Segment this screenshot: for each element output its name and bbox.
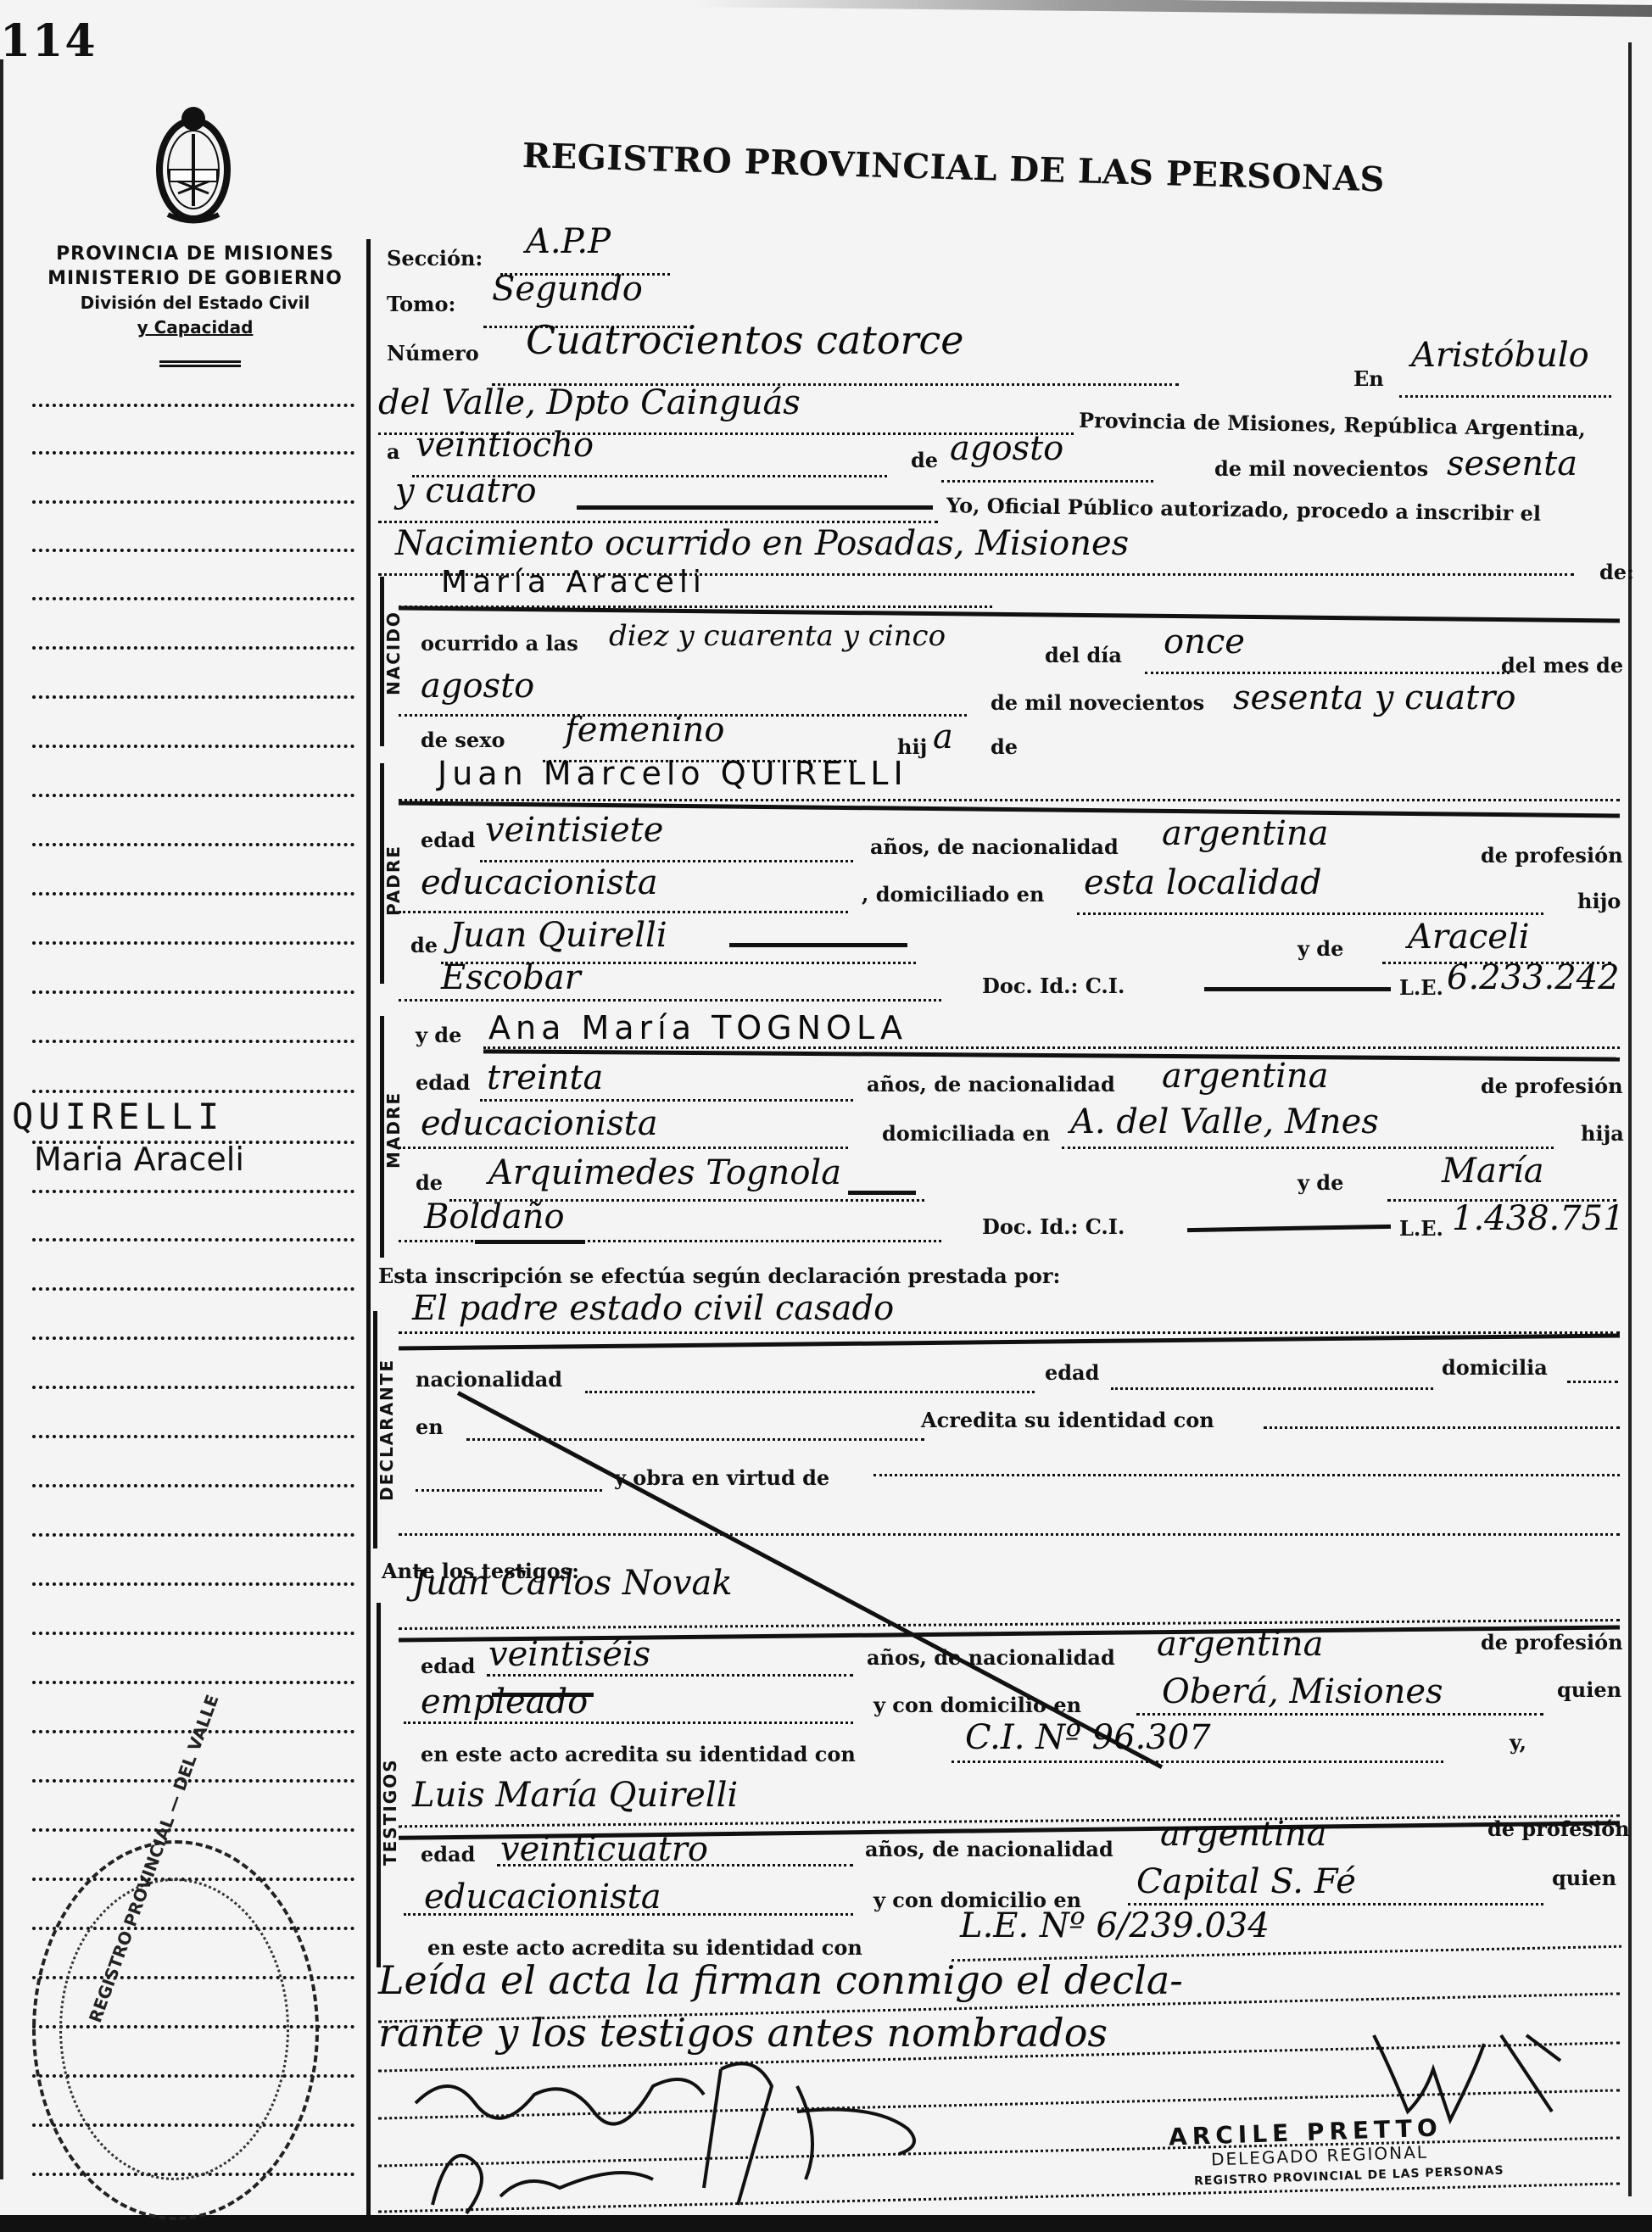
a-label: a <box>387 439 400 464</box>
margin-line <box>32 1287 354 1291</box>
numero-value: Cuatrocientos catorce <box>526 317 964 363</box>
madre-madre-value-2: Boldaño <box>424 1197 565 1236</box>
mes-nacido-value: agosto <box>421 667 534 706</box>
padre-ci-strike <box>1204 987 1391 991</box>
testigo2-nacionalidad: argentina <box>1160 1815 1326 1854</box>
testigo1-domicilio: Oberá, Misiones <box>1162 1672 1443 1711</box>
declarante-obra-label: y obra en virtud de <box>614 1465 829 1490</box>
madre-le-value: 1.438.751 <box>1452 1199 1625 1238</box>
padre-madre-value-1: Araceli <box>1408 918 1530 957</box>
testigo1-profesion-fill <box>404 1721 853 1724</box>
margin-line <box>32 1681 354 1684</box>
declarante-nacionalidad-label: nacionalidad <box>416 1367 562 1392</box>
agency-division: División del Estado Civil <box>34 291 356 315</box>
madre-profesion-fill <box>399 1147 848 1149</box>
del-dia-label: del día <box>1045 643 1122 667</box>
margin-line <box>32 404 354 407</box>
padre-nacionalidad-label: años, de nacionalidad <box>870 834 1119 859</box>
declarante-en-label: en <box>416 1415 444 1439</box>
madre-le-label: L.E. <box>1399 1216 1443 1241</box>
form-right-border <box>1628 42 1632 2196</box>
madre-doc-label: Doc. Id.: C.I. <box>982 1214 1125 1239</box>
madre-madre-strike <box>475 1240 585 1244</box>
declarante-domicilia-label: domicilia <box>1442 1355 1548 1380</box>
declarante-section-label: DECLARANTE <box>377 1359 397 1501</box>
hora-value: diez y cuarenta y cinco <box>609 619 946 653</box>
testigo2-quien-label: quien <box>1552 1866 1616 1890</box>
margin-line <box>32 990 354 994</box>
madre-profesion-label: de profesión <box>1481 1074 1623 1098</box>
madre-edad-label: edad <box>416 1070 470 1095</box>
declarante-intro: Esta inscripción se efectúa según declar… <box>378 1264 1060 1288</box>
madre-y-de-label: y de <box>416 1023 461 1047</box>
anio-fill <box>378 521 938 523</box>
margin-surname: QUIRELLI <box>12 1096 224 1137</box>
padre-le-value: 6.233.242 <box>1447 958 1620 997</box>
agency-ministry: MINISTERIO DE GOBIERNO <box>34 266 356 291</box>
madre-domicilio-fill <box>1062 1147 1554 1149</box>
padre-y-de-label: y de <box>1298 936 1343 961</box>
de-colon: de: <box>1599 560 1634 584</box>
page-left-edge <box>0 59 3 2179</box>
tomo-value: Segundo <box>492 270 643 309</box>
en-fill <box>1399 395 1611 398</box>
scan-shadow-top <box>695 0 1652 17</box>
margin-line <box>32 1190 354 1193</box>
margin-divider <box>366 239 371 2215</box>
testigo2-edad-label: edad <box>421 1842 475 1867</box>
madre-ci-strike <box>1187 1225 1391 1232</box>
padre-profesion-label: de profesión <box>1481 843 1623 868</box>
padre-de-label: de <box>410 933 438 957</box>
padre-domicilio-label: , domiciliado en <box>862 882 1044 907</box>
seccion-value: A.P.P <box>526 222 611 261</box>
testigo1-nombre: Juan Carlos Novak <box>412 1564 733 1603</box>
madre-nacionalidad-value: argentina <box>1162 1057 1328 1096</box>
declarante-acredita-label: Acredita su identidad con <box>921 1408 1214 1432</box>
dia-nacido-value: once <box>1164 622 1245 661</box>
testigo1-domicilio-fill <box>1136 1713 1543 1716</box>
padre-section-label: PADRE <box>383 845 404 916</box>
anio-nacido-value: sesenta y cuatro <box>1233 678 1515 717</box>
padre-profesion-fill <box>399 911 848 913</box>
declarante-en-fill <box>466 1438 924 1441</box>
testigo2-documento: L.E. Nº 6/239.034 <box>960 1906 1270 1945</box>
sexo-value: femenino <box>565 711 724 750</box>
padre-domicilio-fill <box>1077 912 1543 915</box>
madre-nombre-rule <box>483 1049 1620 1061</box>
testigo2-domicilio: Capital S. Fé <box>1136 1862 1356 1901</box>
margin-line <box>32 1484 354 1487</box>
padre-edad-fill <box>480 860 853 862</box>
margin-line <box>32 500 354 504</box>
mes-label: del mes de <box>1501 653 1623 678</box>
testigo2-nacionalidad-label: años, de nacionalidad <box>865 1837 1113 1861</box>
tomo-label: Tomo: <box>387 292 455 316</box>
declarante-nacionalidad-fill <box>585 1391 1035 1393</box>
madre-padre-value: Arquimedes Tognola <box>488 1153 841 1192</box>
margin-line <box>32 1040 354 1043</box>
en-value-2: del Valle, Dpto Cainguás <box>378 383 801 422</box>
testigo1-edad-fill <box>487 1674 853 1677</box>
madre-nombre: Ana María TOGNOLA <box>488 1009 907 1046</box>
testigo1-profesion-strike <box>492 1693 594 1697</box>
margin-line <box>32 794 354 797</box>
madre-profesion-value: educacionista <box>421 1104 658 1143</box>
madre-padre-strike <box>848 1191 916 1195</box>
issuing-agency: PROVINCIA DE MISIONES MINISTERIO DE GOBI… <box>34 242 356 340</box>
margin-line <box>32 1435 354 1438</box>
declarante-rule <box>399 1333 1620 1350</box>
declarante-obra-fill-2 <box>873 1474 1620 1476</box>
padre-nombre: Juan Marcelo QUIRELLI <box>438 755 908 792</box>
dia-value: veintiocho <box>416 426 594 465</box>
margin-line <box>32 1090 354 1093</box>
declarante-fill <box>399 1331 1620 1334</box>
madre-edad-fill <box>480 1099 853 1102</box>
page-number: 114 <box>0 15 98 67</box>
padre-nombre-fill <box>399 799 1620 801</box>
mil-text: de mil novecientos <box>1214 456 1428 481</box>
padre-doc-label: Doc. Id.: C.I. <box>982 974 1125 998</box>
testigo2-profesion: educacionista <box>424 1878 661 1917</box>
madre-y-de-label-2: y de <box>1298 1170 1343 1195</box>
padre-padre-value: Juan Quirelli <box>449 916 667 955</box>
provincia-text: Provincia de Misiones, República Argenti… <box>1079 408 1586 441</box>
padre-madre-fill-2 <box>399 999 941 1002</box>
declarante-domicilia-fill <box>1567 1381 1618 1383</box>
margin-line <box>32 695 354 699</box>
agency-double-rule <box>159 360 241 367</box>
hij-value: a <box>933 717 953 756</box>
margin-given-names: Maria Araceli <box>34 1141 244 1178</box>
testigo1-nacionalidad-label: años, de nacionalidad <box>867 1645 1115 1670</box>
testigo1-documento: C.I. Nº 96.307 <box>965 1718 1211 1757</box>
agency-capacity: y Capacidad <box>34 315 356 340</box>
testigo1-domicilio-label: y con domicilio en <box>873 1693 1081 1717</box>
madre-madre-value-1: María <box>1442 1152 1544 1191</box>
mes-value: agosto <box>950 429 1063 468</box>
testigo2-acredita-label: en este acto acredita su identidad con <box>427 1935 862 1960</box>
nacido-section-label: NACIDO <box>383 611 404 695</box>
en-label: En <box>1353 366 1384 391</box>
official-seal-inner-ring <box>59 1878 289 2180</box>
en-value-1: Aristóbulo <box>1411 336 1589 375</box>
testigo1-quien-label: quien <box>1557 1677 1621 1702</box>
testigo1-acredita-label: en este acto acredita su identidad con <box>421 1742 856 1766</box>
anio-value-1: sesenta <box>1447 444 1577 483</box>
seccion-label: Sección: <box>387 246 483 271</box>
acto-value: Nacimiento ocurrido en Posadas, Misiones <box>395 524 1129 563</box>
padre-le-label: L.E. <box>1399 975 1443 1000</box>
de-label: de <box>911 448 938 472</box>
coat-of-arms-icon <box>151 100 236 227</box>
numero-label: Número <box>387 341 479 365</box>
agency-province: PROVINCIA DE MISIONES <box>34 242 356 266</box>
padre-edad-value: veintisiete <box>485 811 663 850</box>
madre-domicilio-value: A. del Valle, Mnes <box>1070 1102 1379 1141</box>
padre-madre-value-2: Escobar <box>441 958 581 997</box>
declarante-acredita-fill <box>1264 1426 1620 1429</box>
hij-de-label: de <box>991 734 1018 759</box>
testigo1-y-label: y, <box>1510 1730 1526 1755</box>
margin-line <box>32 451 354 455</box>
closing-line-1: Leída el acta la firman conmigo el decla… <box>378 1957 1183 2003</box>
margin-line <box>32 1632 354 1635</box>
testigo1-documento-fill <box>952 1760 1443 1763</box>
testigo1-profesion-label: de profesión <box>1481 1630 1623 1654</box>
mil-label: de mil novecientos <box>991 690 1204 715</box>
nacido-nombre-rule <box>399 605 1620 622</box>
margin-line <box>32 892 354 896</box>
sexo-label: de sexo <box>421 728 505 752</box>
margin-line <box>32 1533 354 1537</box>
madre-section-label: MADRE <box>383 1091 404 1169</box>
madre-nacionalidad-label: años, de nacionalidad <box>867 1072 1115 1096</box>
testigo1-nacionalidad: argentina <box>1157 1625 1323 1664</box>
margin-line <box>32 1828 354 1832</box>
margin-line <box>32 1386 354 1389</box>
testigo1-edad: veintiséis <box>488 1635 650 1674</box>
testigo2-profesion-fill <box>404 1913 853 1916</box>
margin-line <box>32 549 354 552</box>
madre-de-label: de <box>416 1170 443 1195</box>
margin-line <box>32 941 354 945</box>
padre-profesion-value: educacionista <box>421 863 658 902</box>
margin-line <box>32 1238 354 1242</box>
oficial-text: Yo, Oficial Público autorizado, procedo … <box>946 493 1541 526</box>
margin-line <box>32 597 354 600</box>
madre-nombre-fill <box>483 1046 1620 1049</box>
margin-line <box>32 1336 354 1340</box>
nacido-nombre: María Araceli <box>441 565 706 600</box>
margin-line <box>32 646 354 650</box>
padre-domicilio-value: esta localidad <box>1084 863 1322 902</box>
margin-line <box>32 1582 354 1586</box>
testigo2-profesion-label: de profesión <box>1487 1816 1630 1841</box>
declarante-edad-label: edad <box>1045 1360 1099 1385</box>
margin-line <box>32 1779 354 1783</box>
margin-line <box>32 843 354 846</box>
declarante-value: El padre estado civil casado <box>412 1289 894 1328</box>
madre-hija-label: hija <box>1581 1121 1624 1146</box>
declarante-blank-fill <box>399 1533 1620 1536</box>
madre-domicilio-label: domiciliada en <box>882 1121 1050 1146</box>
declarante-obra-fill-1 <box>416 1489 602 1492</box>
testigo1-edad-label: edad <box>421 1654 475 1678</box>
margin-line <box>32 745 354 748</box>
testigo2-nombre: Luis María Quirelli <box>412 1776 738 1815</box>
padre-nacionalidad-value: argentina <box>1162 814 1328 853</box>
anio-strike <box>577 505 933 510</box>
dia-nacido-fill <box>1145 672 1510 674</box>
ocurrido-label: ocurrido a las <box>421 631 578 656</box>
padre-edad-label: edad <box>421 828 475 852</box>
padre-padre-strike <box>729 943 907 947</box>
padre-hijo-label: hijo <box>1577 889 1621 913</box>
testigos-section-label: TESTIGOS <box>380 1758 400 1866</box>
signature-scribbles-icon <box>399 2035 1009 2222</box>
mes-fill <box>941 480 1153 483</box>
madre-edad-value: treinta <box>487 1058 603 1097</box>
testigo2-domicilio-fill <box>1128 1903 1543 1906</box>
document-title: REGISTRO PROVINCIAL DE LAS PERSONAS <box>522 136 1506 203</box>
anio-value-2: y cuatro <box>395 472 537 511</box>
testigo1-profesion: empleado <box>421 1682 588 1721</box>
declarante-edad-fill <box>1111 1387 1433 1390</box>
testigo2-edad-fill <box>497 1864 853 1867</box>
